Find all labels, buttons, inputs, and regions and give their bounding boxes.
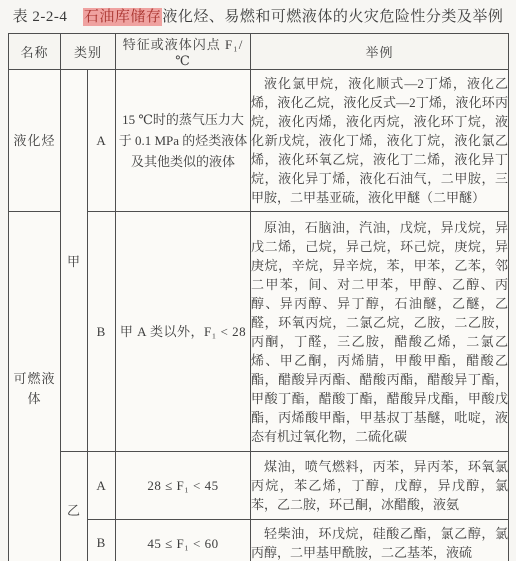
header-feature: 特征或液体闪点 F₁/℃ <box>116 34 251 70</box>
cell-examples-yi-b: 轻柴油，环戊烷，硅酸乙酯，氯乙醇，氯丙醇，二甲基甲酰胺，二乙基苯，液硫 <box>251 520 509 561</box>
examples-paragraph: 液化氯甲烷，液化顺式—2丁烯，液化乙烯，液化乙烷，液化反式—2丁烯，液化环丙烷，… <box>251 74 508 207</box>
cell-subcategory-a1: A <box>88 70 116 212</box>
cell-feature-vapor-pressure: 15 ℃时的蒸气压力大于 0.1 MPa 的烃类液体 及其他类似的液体 <box>116 70 251 212</box>
table-caption-number: 表 2-2-4 <box>13 9 83 25</box>
cell-category-jia: 甲 <box>61 70 88 452</box>
table-caption-highlight: 石油库储存 <box>83 8 163 26</box>
cell-subcategory-b1: B <box>88 212 116 452</box>
cell-subcategory-a2: A <box>88 452 116 520</box>
header-category: 类别 <box>61 34 116 70</box>
cell-subcategory-b2: B <box>88 520 116 561</box>
row-liquefied-hydrocarbons: 液化烃 甲 A 15 ℃时的蒸气压力大于 0.1 MPa 的烃类液体 及其他类似… <box>9 70 509 212</box>
cell-feature-flashpoint-below-28: 甲 A 类以外，F₁ < 28 <box>116 212 251 452</box>
row-combustible-yi-a: 乙 A 28 ≤ F₁ < 45 煤油，喷气燃料，丙苯，异丙苯，环氧氯丙烷，苯乙… <box>9 452 509 520</box>
examples-paragraph: 轻柴油，环戊烷，硅酸乙酯，氯乙醇，氯丙醇，二甲基甲酰胺，二乙基苯，液硫 <box>251 524 508 561</box>
document-page: 表 2-2-4 石油库储存液化烃、易燃和可燃液体的火灾危险性分类及举例 名称 类… <box>0 0 516 561</box>
header-examples: 举例 <box>251 34 509 70</box>
header-row: 名称 类别 特征或液体闪点 F₁/℃ 举例 <box>9 34 509 70</box>
cell-category-yi: 乙 <box>61 452 88 561</box>
cell-examples-liquefied: 液化氯甲烷，液化顺式—2丁烯，液化乙烯，液化乙烷，液化反式—2丁烯，液化环丙烷，… <box>251 70 509 212</box>
examples-paragraph: 原油，石脑油，汽油，戊烷，异戊烷，异戊二烯，己烷，异己烷，环己烷，庚烷，异庚烷，… <box>251 218 508 446</box>
cell-examples-jia-b: 原油，石脑油，汽油，戊烷，异戊烷，异戊二烯，己烷，异己烷，环己烷，庚烷，异庚烷，… <box>251 212 509 452</box>
cell-feature-flashpoint-45-60: 45 ≤ F₁ < 60 <box>116 520 251 561</box>
cell-name-liquefied: 液化烃 <box>9 70 61 212</box>
examples-paragraph: 煤油，喷气燃料，丙苯，异丙苯，环氧氯丙烷，苯乙烯，丁醇，戊醇，异戊醇，氯苯，乙二… <box>251 457 508 514</box>
header-name: 名称 <box>9 34 61 70</box>
table-caption-text: 液化烃、易燃和可燃液体的火灾危险性分类及举例 <box>162 9 503 25</box>
classification-table: 名称 类别 特征或液体闪点 F₁/℃ 举例 液化烃 甲 A 15 ℃时的蒸气压力… <box>8 33 509 561</box>
cell-feature-flashpoint-28-45: 28 ≤ F₁ < 45 <box>116 452 251 520</box>
cell-examples-yi-a: 煤油，喷气燃料，丙苯，异丙苯，环氧氯丙烷，苯乙烯，丁醇，戊醇，异戊醇，氯苯，乙二… <box>251 452 509 520</box>
cell-name-combustible: 可燃液体 <box>9 212 61 561</box>
table-caption: 表 2-2-4 石油库储存液化烃、易燃和可燃液体的火灾危险性分类及举例 <box>0 0 516 27</box>
